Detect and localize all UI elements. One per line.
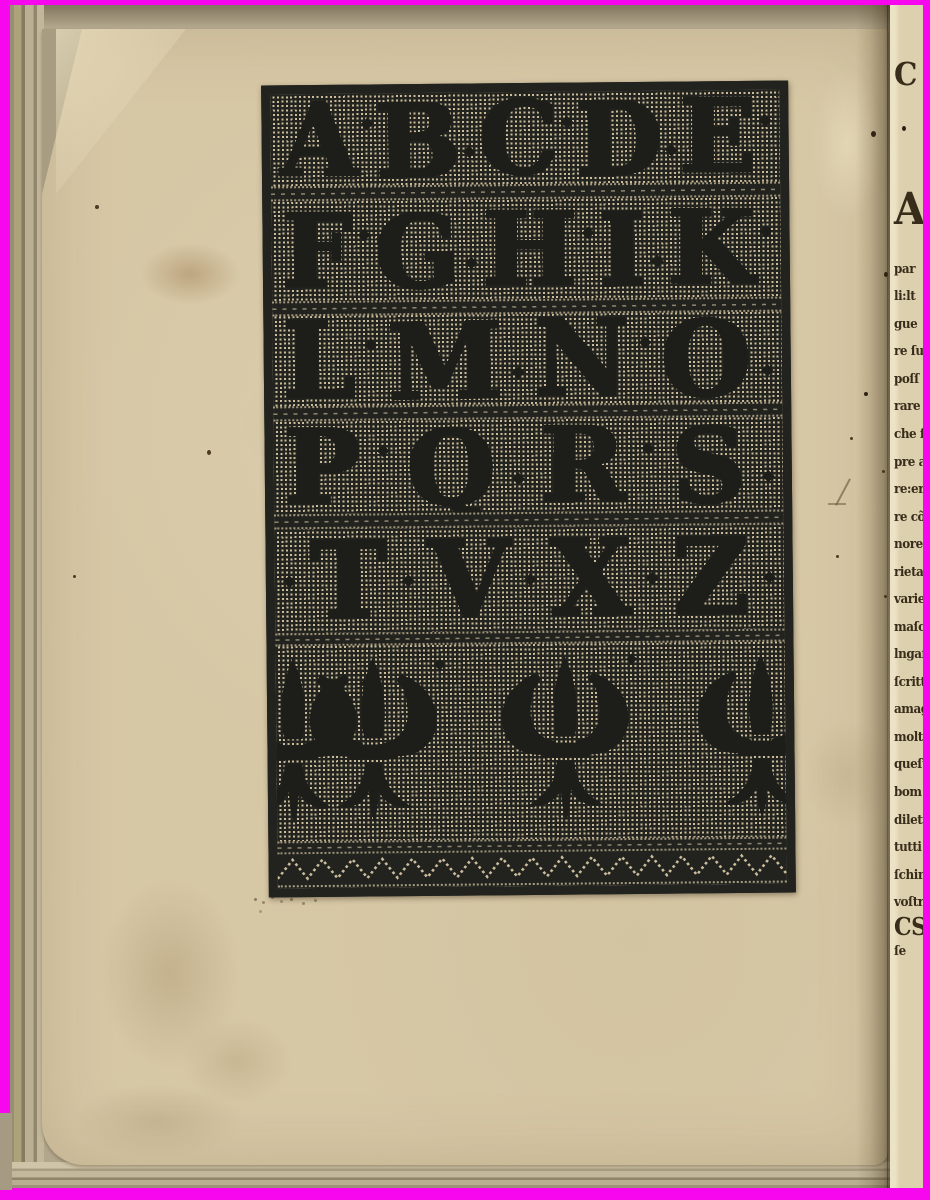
paper-speck	[73, 575, 76, 578]
recto-page-edge: CAparli:ltguere ſupoſſrareche ſpre are:e…	[890, 5, 923, 1188]
recto-text-fragment: dilett	[894, 814, 923, 827]
stitch-dot-icon	[763, 570, 776, 583]
recto-text-fragment: re ſu	[894, 345, 923, 358]
alphabet-letter-k: K	[668, 197, 755, 297]
stitch-dot-icon	[524, 573, 537, 586]
stitch-dot-icon	[465, 256, 478, 269]
paper-crack	[835, 478, 850, 505]
book-cover-edge-top	[10, 5, 923, 27]
recto-text-fragment: ſcritt	[894, 676, 923, 689]
recto-text-fragment: tutti d	[894, 841, 923, 854]
stitch-dot-icon	[760, 224, 773, 237]
alphabet-letter-e: E	[680, 90, 756, 187]
stitch-dot-icon	[761, 363, 774, 376]
paper-stain	[140, 243, 240, 305]
alphabet-letter-n: N	[534, 312, 629, 407]
recto-text-fragment: lngaſ	[894, 648, 923, 661]
fleur-de-lis-icon	[298, 651, 450, 832]
alphabet-sampler-woodcut: ABCDE FGHIK LMNO PQRS TVXZ	[261, 80, 796, 897]
stitch-dot-icon	[762, 470, 775, 483]
alphabet-letter-p: P	[284, 417, 361, 515]
alphabet-letter-z: Z	[672, 525, 749, 630]
alphabet-letter-f: F	[282, 201, 353, 301]
alphabet-letter-m: M	[387, 312, 504, 407]
alphabet-letter-l: L	[283, 312, 356, 407]
stitch-dot-icon	[512, 366, 525, 379]
recto-text-fragment: gue	[894, 318, 917, 331]
alphabet-row: TVXZ	[274, 525, 784, 634]
recto-text-fragment: ſe	[894, 945, 906, 958]
recto-text-fragment: li:lt	[894, 290, 915, 303]
alphabet-letter-i: I	[598, 200, 647, 301]
recto-text-fragment: che ſ	[894, 428, 923, 441]
alphabet-row: ABCDE	[270, 90, 780, 187]
fleur-de-lis-band	[275, 642, 786, 842]
stitch-dot-icon	[402, 574, 415, 587]
recto-text-fragment: rare	[894, 400, 920, 413]
recto-text-fragment: amag	[894, 703, 923, 716]
alphabet-row: LMNO	[272, 312, 782, 407]
book-cover-edge-left	[10, 5, 44, 1188]
recto-text-fragment: pre a	[894, 456, 923, 469]
recto-text-fragment: molte	[894, 731, 923, 744]
recto-initial: A	[894, 188, 923, 232]
fleur-de-lis-icon	[686, 647, 787, 828]
alphabet-letter-s: S	[671, 417, 747, 515]
ink-smudge	[254, 898, 257, 901]
recto-text-fragment: par	[894, 263, 915, 276]
paper-stain	[100, 879, 240, 1069]
paper-stain	[72, 1084, 242, 1159]
recto-pilcrow-mark: C	[894, 58, 917, 90]
recto-text-fragment: re:er	[894, 483, 923, 496]
alphabet-letter-v: V	[428, 527, 510, 632]
stitch-dot-icon	[357, 228, 370, 241]
stitch-dot-icon	[361, 117, 374, 130]
recto-text-fragment: queſt	[894, 758, 923, 771]
wormhole	[902, 126, 906, 131]
stitch-dot-icon	[463, 145, 476, 158]
stitch-dot-icon	[365, 338, 378, 351]
recto-text-fragment: ſchina	[894, 869, 923, 882]
zigzag-border	[277, 850, 786, 888]
stitch-dot-icon	[377, 445, 390, 458]
stitch-dot-icon	[582, 226, 595, 239]
paper-speck	[850, 437, 853, 440]
recto-text-fragment: maſch	[894, 621, 923, 634]
recto-text-fragment: poſſ	[894, 373, 919, 386]
recto-text-fragment: re cõ	[894, 511, 923, 524]
fleur-de-lis-icon	[490, 649, 642, 830]
stitch-dot-icon	[283, 575, 296, 588]
recto-text-fragment: varie	[894, 593, 923, 606]
book-page-edges-bottom	[10, 1162, 923, 1188]
paper-speck	[207, 450, 211, 455]
alphabet-letter-q: Q	[405, 417, 496, 515]
alphabet-letter-c: C	[478, 90, 558, 187]
canvas-grid-texture: ABCDE FGHIK LMNO PQRS TVXZ	[270, 90, 787, 889]
stitch-dot-icon	[651, 254, 664, 267]
alphabet-letter-x: X	[550, 526, 632, 631]
paper-crack	[828, 503, 846, 505]
gutter-shadow	[856, 5, 888, 1188]
cover-bottom-left-corner	[0, 1113, 12, 1190]
alphabet-row: FGHIK	[271, 197, 781, 302]
paper-speck	[95, 205, 99, 209]
open-book: ABCDE FGHIK LMNO PQRS TVXZ	[10, 5, 923, 1188]
recto-text-fragment: bom	[894, 786, 922, 799]
page-corner-fold	[56, 29, 186, 194]
recto-text-fragment: rieta	[894, 566, 923, 579]
alphabet-letter-b: B	[375, 90, 461, 186]
alphabet-row: PQRS	[273, 417, 783, 515]
recto-pilcrow-mark: CS	[894, 915, 923, 939]
alphabet-letter-t: T	[310, 528, 388, 633]
stitch-dot-icon	[560, 115, 573, 128]
alphabet-letter-g: G	[374, 201, 461, 301]
paper-stain	[182, 1019, 292, 1104]
stitch-dot-icon	[639, 336, 652, 349]
stitch-dot-icon	[646, 571, 659, 584]
alphabet-letter-o: O	[660, 312, 752, 407]
paper-speck	[836, 555, 839, 558]
stitch-dot-icon	[512, 472, 525, 485]
stitch-dot-icon	[642, 442, 655, 455]
digitized-book-photo: { "colors": { "magenta-border": "#f707ee…	[0, 0, 930, 1200]
recto-text-fragment: nore	[894, 538, 923, 551]
recto-text-fragment: voſtr	[894, 896, 923, 909]
alphabet-letter-r: R	[541, 417, 626, 515]
alphabet-letter-a: A	[281, 90, 359, 187]
alphabet-letter-h: H	[482, 199, 577, 299]
zigzag-wave-icon	[277, 850, 786, 886]
alphabet-letter-d: D	[575, 90, 664, 187]
verso-page: ABCDE FGHIK LMNO PQRS TVXZ	[42, 29, 888, 1165]
stitch-dot-icon	[665, 143, 678, 156]
stitch-dot-icon	[759, 113, 772, 126]
